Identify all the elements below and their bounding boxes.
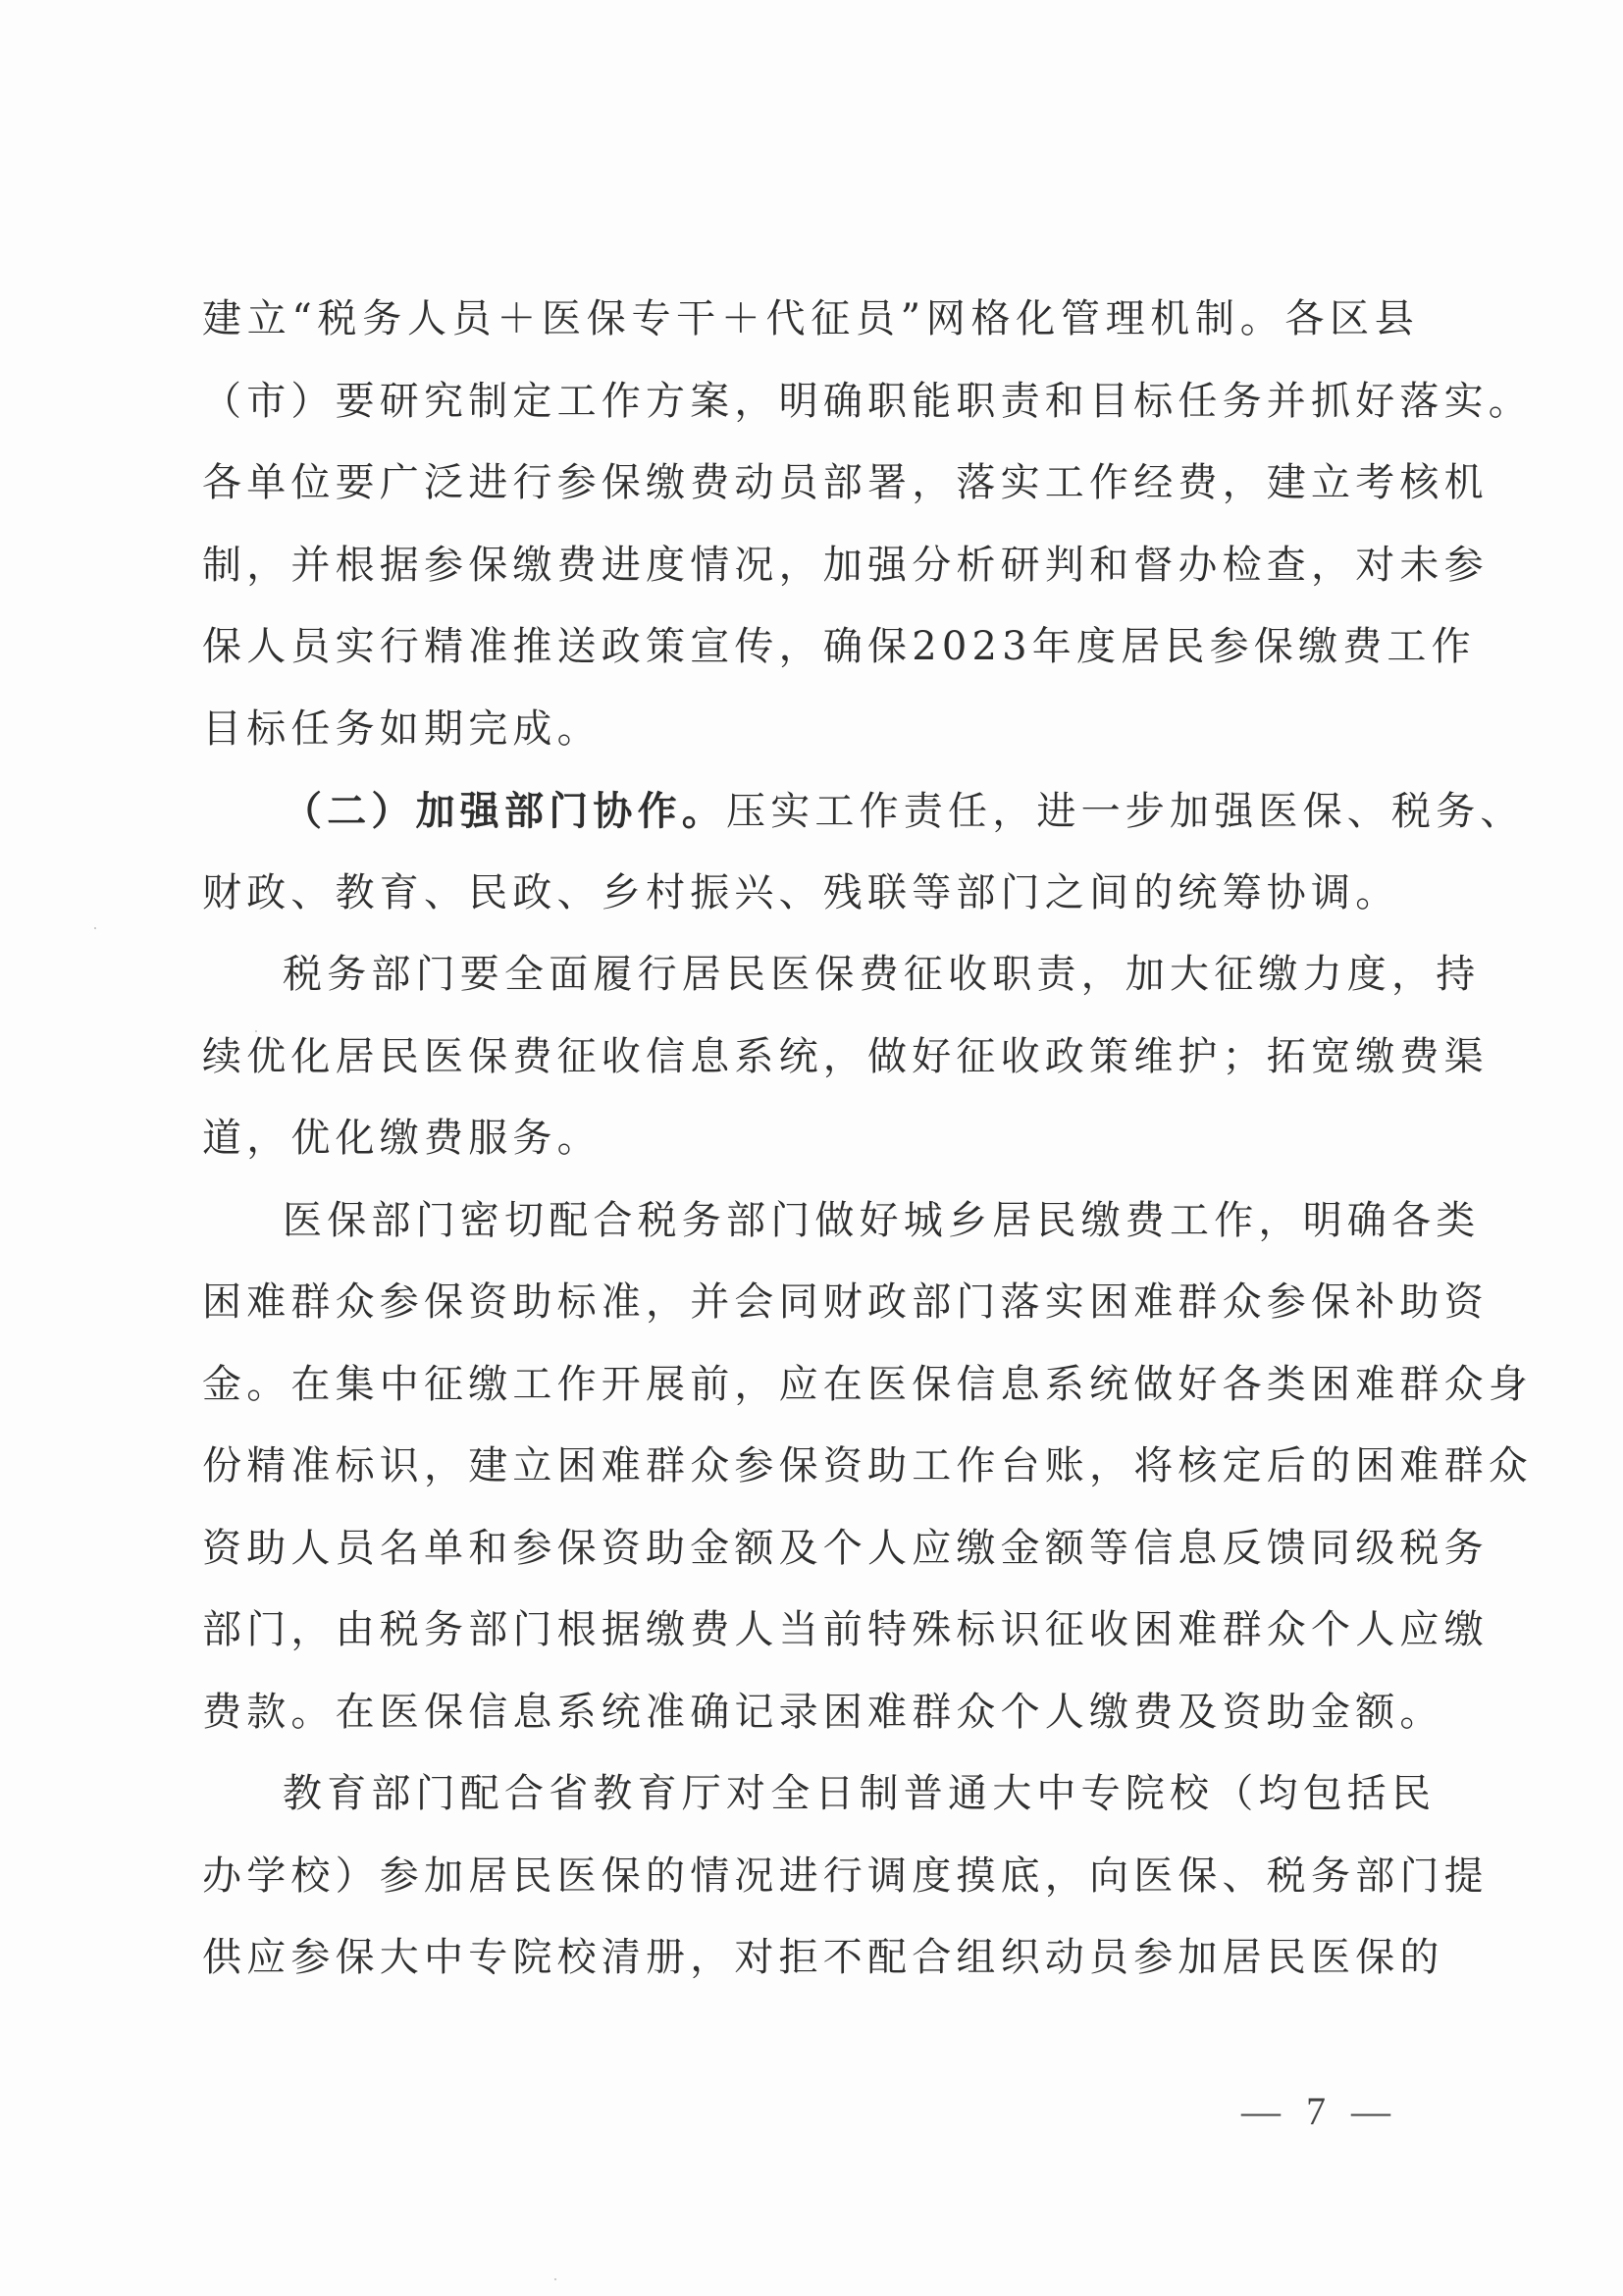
text-line: 续优化居民医保费征收信息系统，做好征收政策维护；拓宽缴费渠	[202, 1017, 1419, 1099]
text-line: 资助人员名单和参保资助金额及个人应缴金额等信息反馈同级税务	[202, 1508, 1419, 1591]
text-line: 部门，由税务部门根据缴费人当前特殊标识征收困难群众个人应缴	[202, 1590, 1419, 1672]
section-heading: （二）加强部门协作。	[283, 788, 726, 834]
document-body: 建立“税务人员＋医保专干＋代征员”网格化管理机制。各区县 （市）要研究制定工作方…	[202, 279, 1419, 2000]
text-line: 各单位要广泛进行参保缴费动员部署，落实工作经费，建立考核机	[202, 443, 1419, 525]
text-line: 金。在集中征缴工作开展前，应在医保信息系统做好各类困难群众身	[202, 1344, 1419, 1427]
text-line: 份精准标识，建立困难群众参保资助工作台账，将核定后的困难群众	[202, 1426, 1419, 1508]
text-line: 保人员实行精准推送政策宣传，确保2023年度居民参保缴费工作	[202, 606, 1419, 689]
text-line: 困难群众参保资助标准，并会同财政部门落实困难群众参保补助资	[202, 1262, 1419, 1344]
text-line: （市）要研究制定工作方案，明确职能职责和目标任务并抓好落实。	[202, 361, 1419, 444]
text-line: 税务部门要全面履行居民医保费征收职责，加大征缴力度，持	[202, 934, 1419, 1017]
section-heading-line: （二）加强部门协作。压实工作责任，进一步加强医保、税务、	[202, 770, 1419, 853]
text-line: 医保部门密切配合税务部门做好城乡居民缴费工作，明确各类	[202, 1180, 1419, 1263]
document-page: 建立“税务人员＋医保专干＋代征员”网格化管理机制。各区县 （市）要研究制定工作方…	[0, 0, 1623, 2296]
text-line: 道，优化缴费服务。	[202, 1098, 1419, 1180]
page-number: — 7 —	[1241, 2088, 1398, 2134]
text-line: 目标任务如期完成。	[202, 689, 1419, 771]
text-line: 建立“税务人员＋医保专干＋代征员”网格化管理机制。各区县	[202, 279, 1419, 361]
scan-speck	[255, 1030, 257, 1032]
text-line: 办学校）参加居民医保的情况进行调度摸底，向医保、税务部门提	[202, 1836, 1419, 1918]
text-line: 费款。在医保信息系统准确记录困难群众个人缴费及资助金额。	[202, 1672, 1419, 1754]
scan-speck	[94, 927, 96, 929]
scan-speck	[554, 2278, 556, 2280]
text-line: 财政、教育、民政、乡村振兴、残联等部门之间的统筹协调。	[202, 853, 1419, 935]
text-line: 教育部门配合省教育厅对全日制普通大中专院校（均包括民	[202, 1753, 1419, 1836]
section-heading-text: 压实工作责任，进一步加强医保、税务、	[726, 789, 1525, 834]
text-line: 制，并根据参保缴费进度情况，加强分析研判和督办检查，对未参	[202, 525, 1419, 607]
text-line: 供应参保大中专院校清册，对拒不配合组织动员参加居民医保的	[202, 1917, 1419, 2000]
